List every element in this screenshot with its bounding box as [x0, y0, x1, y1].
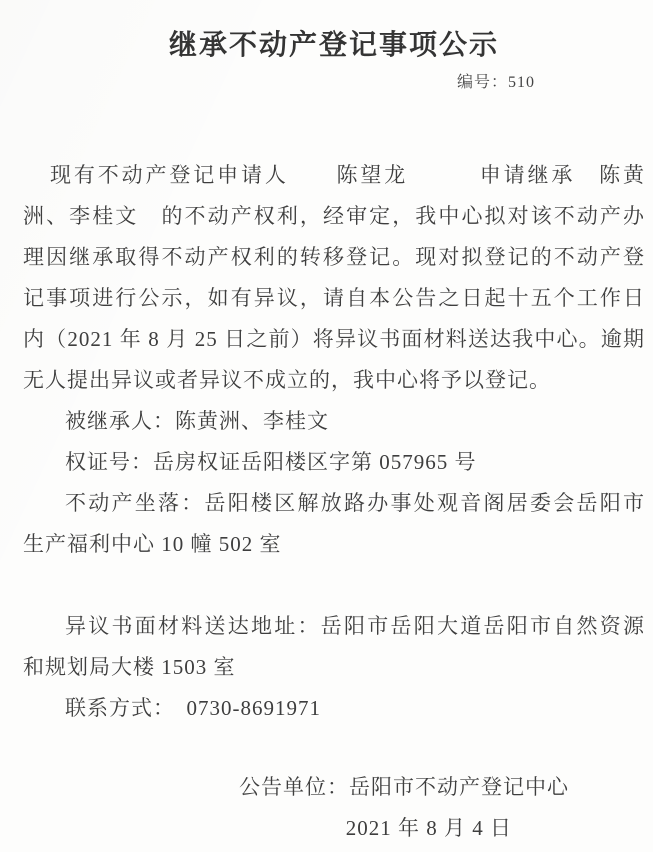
body-line-objection-address: 和规划局大楼 1503 室 [23, 647, 645, 688]
body-line: 记事项进行公示，如有异议，请自本公告之日起十五个工作日 [23, 278, 645, 319]
body-line-heir: 被继承人：陈黄洲、李桂文 [23, 401, 645, 442]
body-line: 无人提出异议或者异议不成立的，我中心将予以登记。 [23, 360, 645, 401]
body-line: 现有不动产登记申请人 陈望龙 申请继承 陈黄 [23, 155, 645, 196]
footer: 公告单位：岳阳市不动产登记中心 2021 年 8 月 4 日 [23, 767, 645, 849]
body-line-objection-address: 异议书面材料送达地址：岳阳市岳阳大道岳阳市自然资源 [23, 606, 645, 647]
body-line-location: 不动产坐落：岳阳楼区解放路办事处观音阁居委会岳阳市 [23, 483, 645, 524]
footer-date: 2021 年 8 月 4 日 [23, 808, 645, 849]
body-line-location: 生产福利中心 10 幢 502 室 [23, 524, 645, 565]
body-line: 理因继承取得不动产权利的转移登记。现对拟登记的不动产登 [23, 237, 645, 278]
body-line: 内（2021 年 8 月 25 日之前）将异议书面材料送达我中心。逾期 [23, 319, 645, 360]
scanned-document-page: 继承不动产登记事项公示 编号：510 现有不动产登记申请人 陈望龙 申请继承 陈… [0, 0, 653, 852]
body-paragraph: 现有不动产登记申请人 陈望龙 申请继承 陈黄 洲、李桂文 的不动产权利，经审定，… [23, 155, 645, 729]
body-line: 洲、李桂文 的不动产权利，经审定，我中心拟对该不动产办 [23, 196, 645, 237]
page-title: 继承不动产登记事项公示 [23, 26, 645, 66]
doc-number: 编号：510 [23, 71, 645, 95]
footer-issuer: 公告单位：岳阳市不动产登记中心 [23, 767, 645, 808]
body-line-certificate: 权证号：岳房权证岳阳楼区字第 057965 号 [23, 442, 645, 483]
body-line-contact: 联系方式： 0730-8691971 [23, 688, 645, 729]
